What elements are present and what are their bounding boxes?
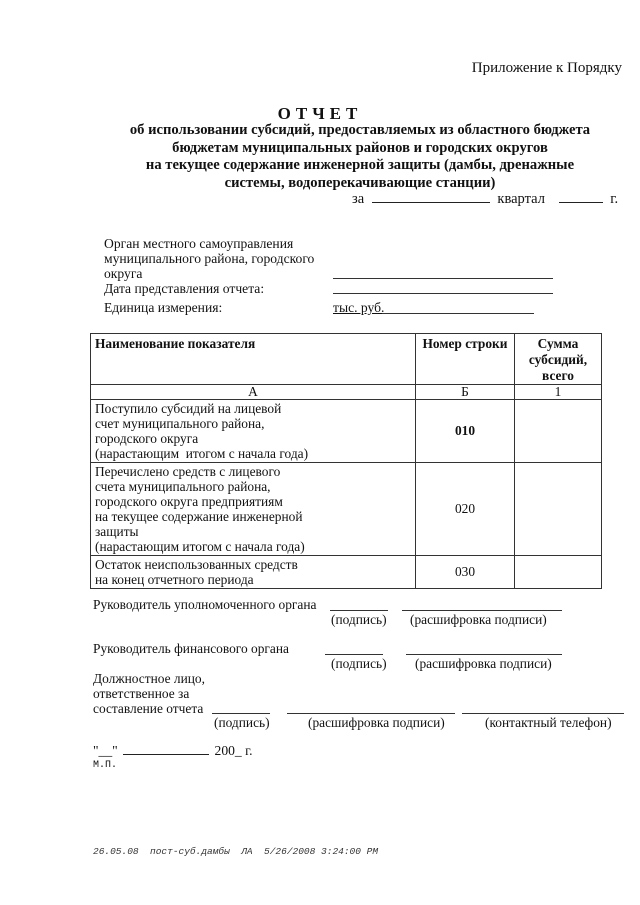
row-name-line: на конец отчетного периода xyxy=(95,572,411,587)
head-authorized-label: Руководитель уполномоченного органа xyxy=(93,597,316,613)
head-finance-signature-field[interactable] xyxy=(325,653,383,655)
organ-label-line: Орган местного самоуправления xyxy=(104,236,314,251)
caption-phone: (контактный телефон) xyxy=(485,715,612,731)
column-code: Б xyxy=(416,385,515,400)
table-row: Поступило субсидий на лицевой счет муниц… xyxy=(91,400,602,463)
row-name-line: городского округа предприятиям xyxy=(95,494,411,509)
year-field[interactable] xyxy=(559,190,603,203)
row-sum-cell[interactable] xyxy=(515,463,602,556)
unit-value: тыс. руб. xyxy=(333,300,384,315)
caption-decoding: (расшифровка подписи) xyxy=(415,656,552,672)
caption-decoding: (расшифровка подписи) xyxy=(308,715,445,731)
responsible-person-label: Должностное лицо, ответственное за соста… xyxy=(93,671,205,716)
period-year-suffix: г. xyxy=(610,191,618,207)
row-name-cell: Остаток неиспользованных средств на коне… xyxy=(91,556,416,589)
subtitle-line: об использовании субсидий, предоставляем… xyxy=(100,122,620,140)
date-label: Дата представления отчета: xyxy=(104,281,264,296)
month-field[interactable] xyxy=(123,742,209,755)
row-name-line: Поступило субсидий на лицевой xyxy=(95,401,411,416)
report-title: ОТЧЕТ xyxy=(0,104,640,124)
responsible-phone-field[interactable] xyxy=(462,712,624,714)
appendix-label: Приложение к Порядку xyxy=(472,60,622,77)
row-code: 030 xyxy=(416,556,515,589)
row-name-line: счет муниципального района, xyxy=(95,416,411,431)
head-authorized-decoding-field[interactable] xyxy=(402,609,562,611)
row-name-cell: Поступило субсидий на лицевой счет муниц… xyxy=(91,400,416,463)
row-sum-cell[interactable] xyxy=(515,400,602,463)
header-subsidy-sum: Сумма субсидий, всего xyxy=(515,334,602,385)
row-sum-cell[interactable] xyxy=(515,556,602,589)
responsible-label-line: ответственное за xyxy=(93,686,205,701)
unit-label: Единица измерения: xyxy=(104,300,222,315)
head-authorized-signature-field[interactable] xyxy=(330,609,388,611)
report-period: за квартал г. xyxy=(352,190,618,208)
organ-label-line: муниципального района, городского xyxy=(104,251,314,266)
organ-label-line: округа xyxy=(104,266,314,281)
table-row: Перечислено средств с лицевого счета мун… xyxy=(91,463,602,556)
year-label: 200_ г. xyxy=(215,743,253,758)
caption-decoding: (расшифровка подписи) xyxy=(410,612,547,628)
caption-signature: (подпись) xyxy=(331,656,387,672)
day-field[interactable]: "__" xyxy=(93,743,118,758)
row-name-line: Перечислено средств с лицевого xyxy=(95,464,411,479)
caption-signature: (подпись) xyxy=(331,612,387,628)
date-field[interactable] xyxy=(333,292,553,294)
column-code: 1 xyxy=(515,385,602,400)
row-name-line: защиты xyxy=(95,524,411,539)
table-header-row: Наименование показателя Номер строки Сум… xyxy=(91,334,602,385)
row-name-line: на текущее содержание инженерной xyxy=(95,509,411,524)
column-codes-row: А Б 1 xyxy=(91,385,602,400)
row-name-cell: Перечислено средств с лицевого счета мун… xyxy=(91,463,416,556)
head-finance-label: Руководитель финансового органа xyxy=(93,641,289,657)
report-table: Наименование показателя Номер строки Сум… xyxy=(90,333,602,589)
stamp-place-label: М.П. xyxy=(93,760,117,771)
row-name-line: (нарастающим итогом с начала года) xyxy=(95,446,411,461)
row-name-line: городского округа xyxy=(95,431,411,446)
period-prefix: за xyxy=(352,191,364,207)
responsible-label-line: составление отчета xyxy=(93,701,205,716)
subtitle-line: на текущее содержание инженерной защиты … xyxy=(100,157,620,175)
header-indicator-name: Наименование показателя xyxy=(91,334,416,385)
period-quarter-label: квартал xyxy=(497,191,545,207)
row-name-line: (нарастающим итогом с начала года) xyxy=(95,539,411,554)
responsible-signature-field[interactable] xyxy=(212,712,270,714)
unit-field-line xyxy=(382,312,534,314)
head-finance-decoding-field[interactable] xyxy=(406,653,562,655)
row-code: 020 xyxy=(416,463,515,556)
report-subtitle: об использовании субсидий, предоставляем… xyxy=(100,122,620,192)
document-footer: 26.05.08 пост-суб.дамбы ЛА 5/26/2008 3:2… xyxy=(93,846,378,857)
subtitle-line: бюджетам муниципальных районов и городск… xyxy=(100,140,620,158)
date-block: "__" 200_ г. xyxy=(93,742,253,759)
caption-signature: (подпись) xyxy=(214,715,270,731)
organ-field[interactable] xyxy=(333,277,553,279)
row-name-line: Остаток неиспользованных средств xyxy=(95,557,411,572)
responsible-label-line: Должностное лицо, xyxy=(93,671,205,686)
column-code: А xyxy=(91,385,416,400)
quarter-field[interactable] xyxy=(372,190,490,203)
organ-label: Орган местного самоуправления муниципаль… xyxy=(104,236,314,281)
header-row-number: Номер строки xyxy=(416,334,515,385)
responsible-decoding-field[interactable] xyxy=(287,712,455,714)
row-name-line: счета муниципального района, xyxy=(95,479,411,494)
row-code: 010 xyxy=(416,400,515,463)
table-row: Остаток неиспользованных средств на коне… xyxy=(91,556,602,589)
